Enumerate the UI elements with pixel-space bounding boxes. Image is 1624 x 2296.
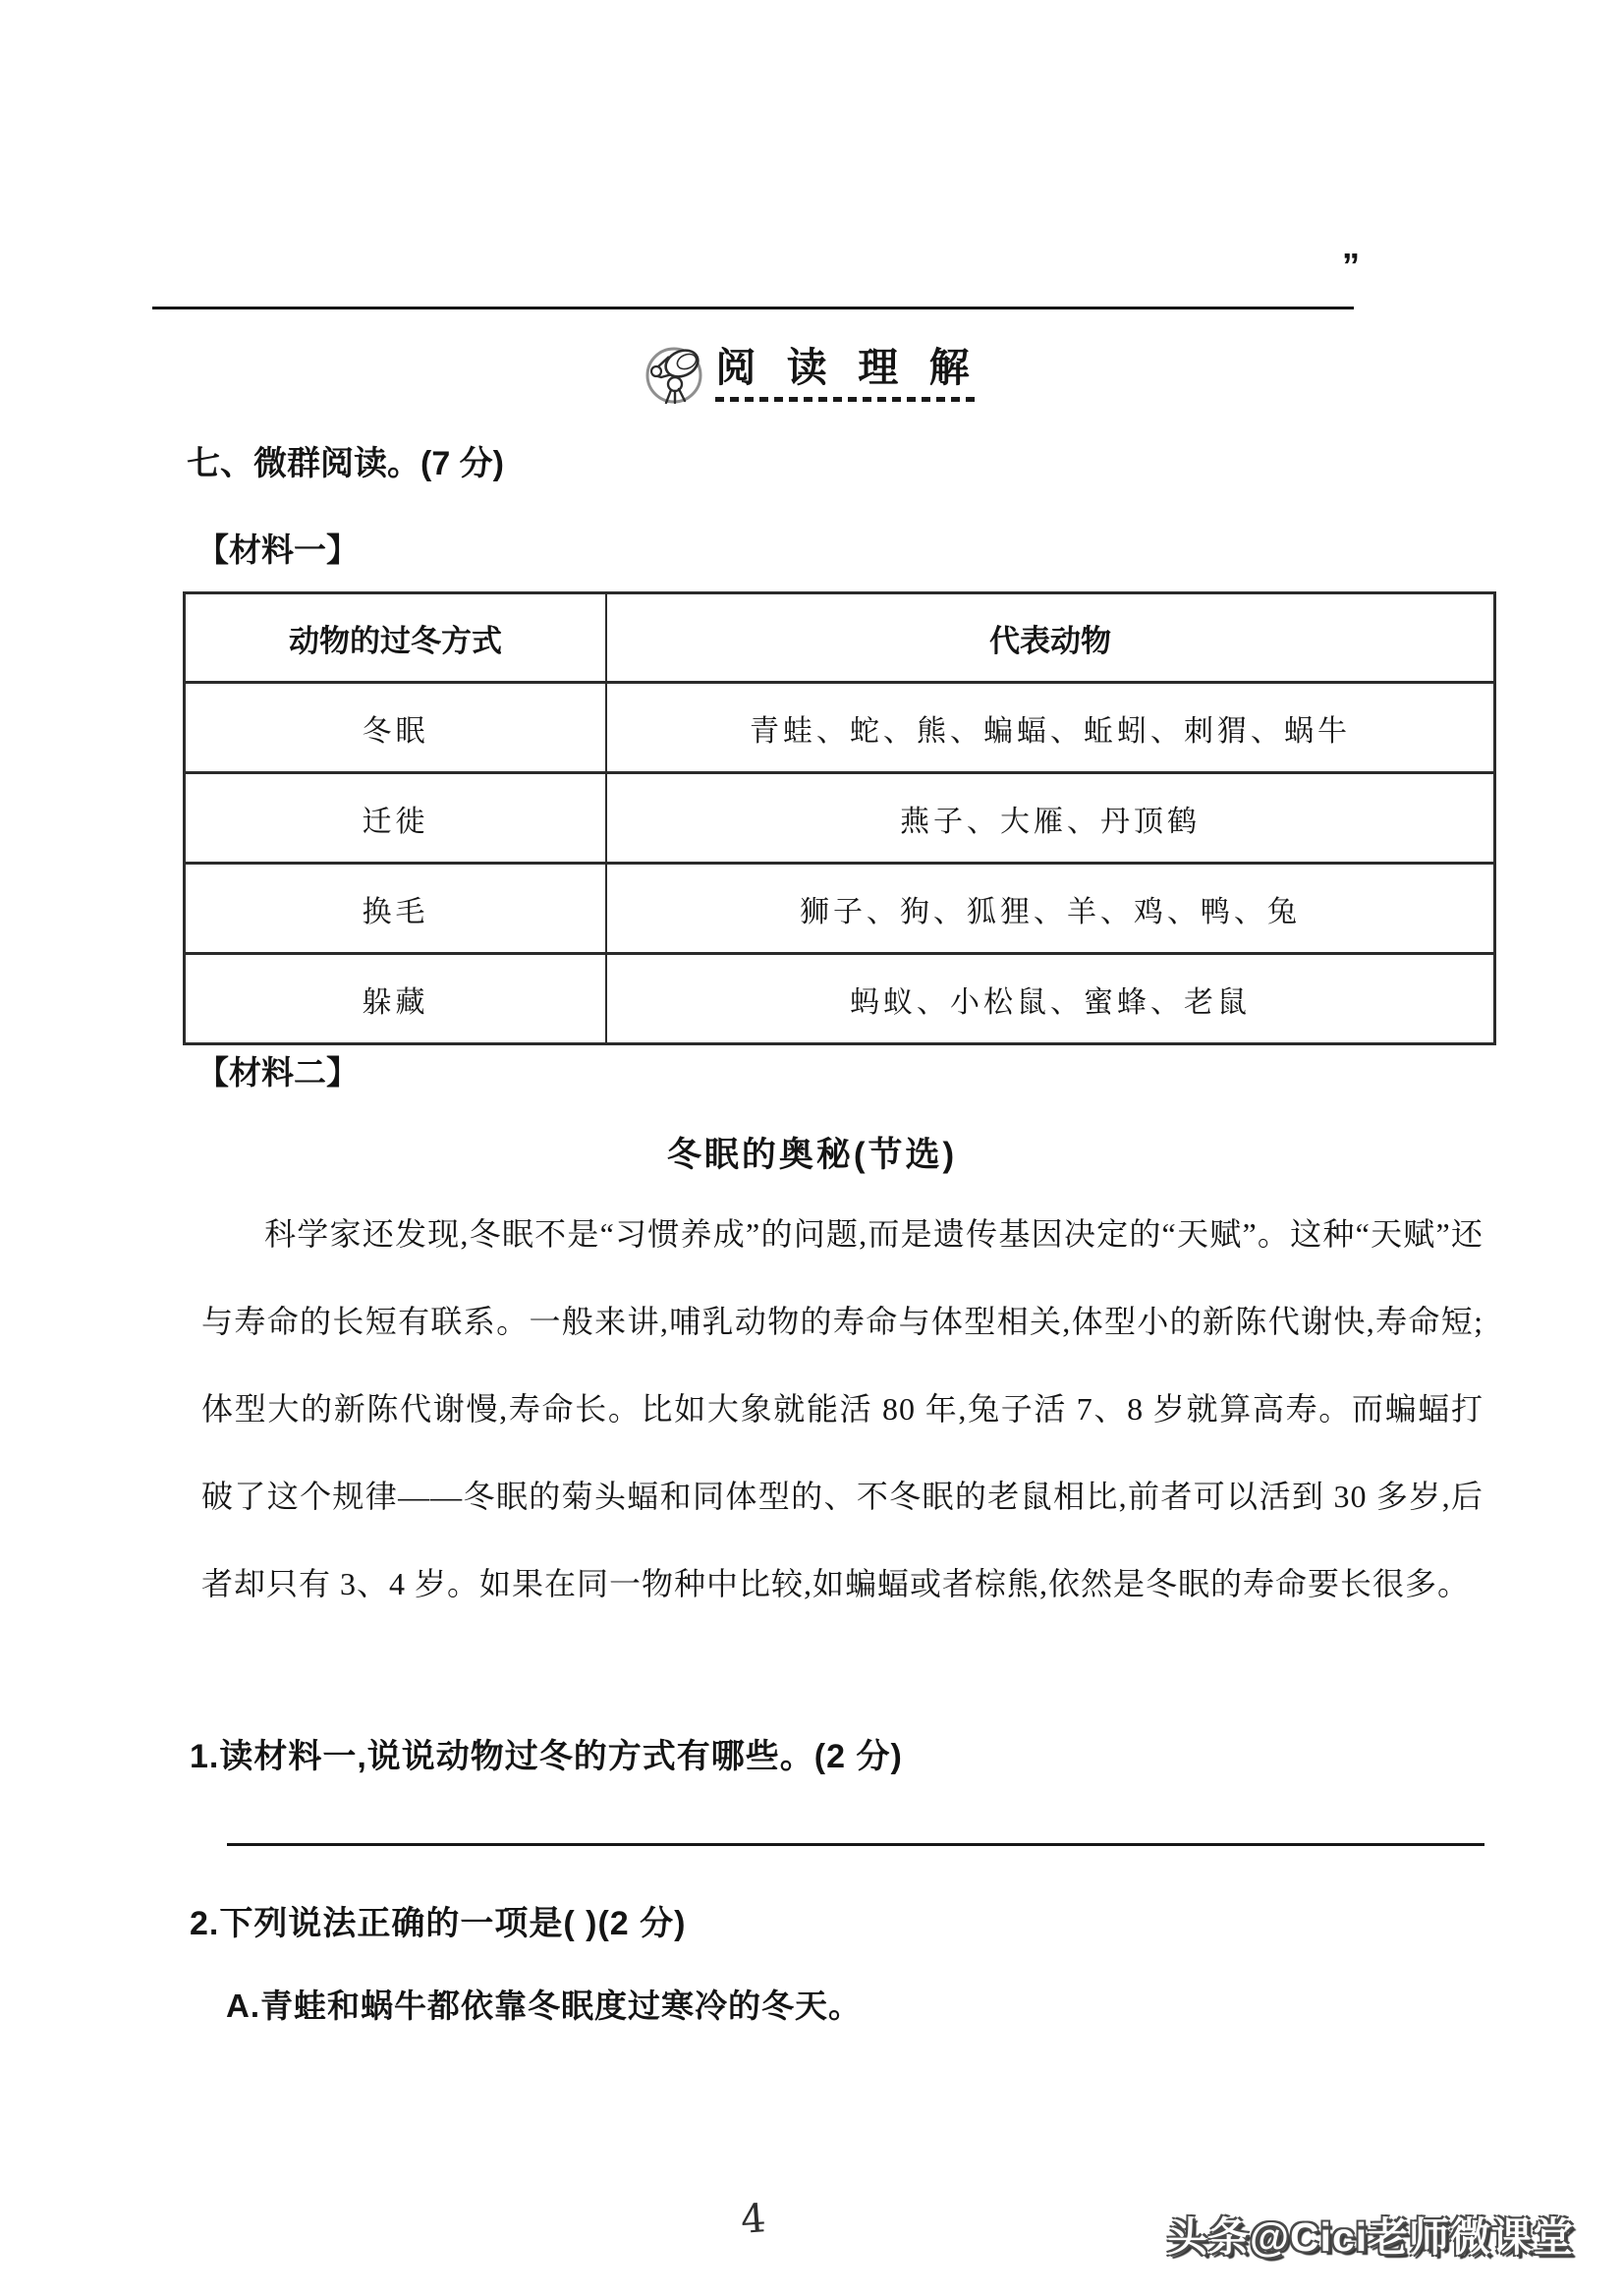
worksheet-page: ” 阅 读 理 解 七、微群阅读。(7 分) 【材料一】 <box>0 0 1624 2296</box>
table-row: 迁徙 燕子、大雁、丹顶鹤 <box>185 773 1495 864</box>
method-cell: 换毛 <box>185 864 607 954</box>
method-cell: 冬眠 <box>185 683 607 773</box>
answer-blank-line <box>227 1811 1484 1846</box>
table-row: 冬眠 青蛙、蛇、熊、蝙蝠、蚯蚓、刺猬、蜗牛 <box>185 683 1495 773</box>
animals-cell: 燕子、大雁、丹顶鹤 <box>606 773 1495 864</box>
question-2-option-a: A.青蛙和蜗牛都依靠冬眠度过寒冷的冬天。 <box>226 1981 862 2027</box>
question-2: 2.下列说法正确的一项是( )(2 分) <box>190 1896 686 1944</box>
question-1: 1.读材料一,说说动物过冬的方式有哪些。(2 分) <box>190 1729 903 1777</box>
closing-quote: ” <box>1342 246 1362 287</box>
animals-cell: 青蛙、蛇、熊、蝙蝠、蚯蚓、刺猬、蜗牛 <box>606 683 1495 773</box>
passage-title: 冬眠的奥秘(节选) <box>0 1128 1624 1177</box>
dashed-underline <box>715 397 979 402</box>
animals-cell: 狮子、狗、狐狸、羊、鸡、鸭、兔 <box>606 864 1495 954</box>
page-title: 阅 读 理 解 <box>715 344 979 392</box>
table-row: 换毛 狮子、狗、狐狸、羊、鸡、鸭、兔 <box>185 864 1495 954</box>
watermark: 头条@Cici老师微课堂 <box>1167 2205 1574 2263</box>
table-header-row: 动物的过冬方式 代表动物 <box>185 593 1495 683</box>
animals-cell: 蚂蚁、小松鼠、蜜蜂、老鼠 <box>606 954 1495 1044</box>
table-row: 躲藏 蚂蚁、小松鼠、蜜蜂、老鼠 <box>185 954 1495 1044</box>
material-2-label: 【材料二】 <box>196 1047 359 1093</box>
method-cell: 迁徙 <box>185 773 607 864</box>
fill-in-blank-line-top <box>152 291 1354 309</box>
question-section-title: 七、微群阅读。(7 分) <box>187 436 504 484</box>
col-header-method: 动物的过冬方式 <box>185 593 607 683</box>
section-header: 阅 读 理 解 <box>0 344 1624 407</box>
megaphone-icon <box>644 344 705 407</box>
col-header-animals: 代表动物 <box>606 593 1495 683</box>
passage-body: 科学家还发现,冬眠不是“习惯养成”的问题,而是遗传基因决定的“天赋”。这种“天赋… <box>201 1191 1484 1628</box>
method-cell: 躲藏 <box>185 954 607 1044</box>
material-1-label: 【材料一】 <box>196 525 359 571</box>
page-number: 4 <box>739 2196 767 2243</box>
winter-habits-table: 动物的过冬方式 代表动物 冬眠 青蛙、蛇、熊、蝙蝠、蚯蚓、刺猬、蜗牛 迁徙 燕子… <box>183 591 1496 1045</box>
